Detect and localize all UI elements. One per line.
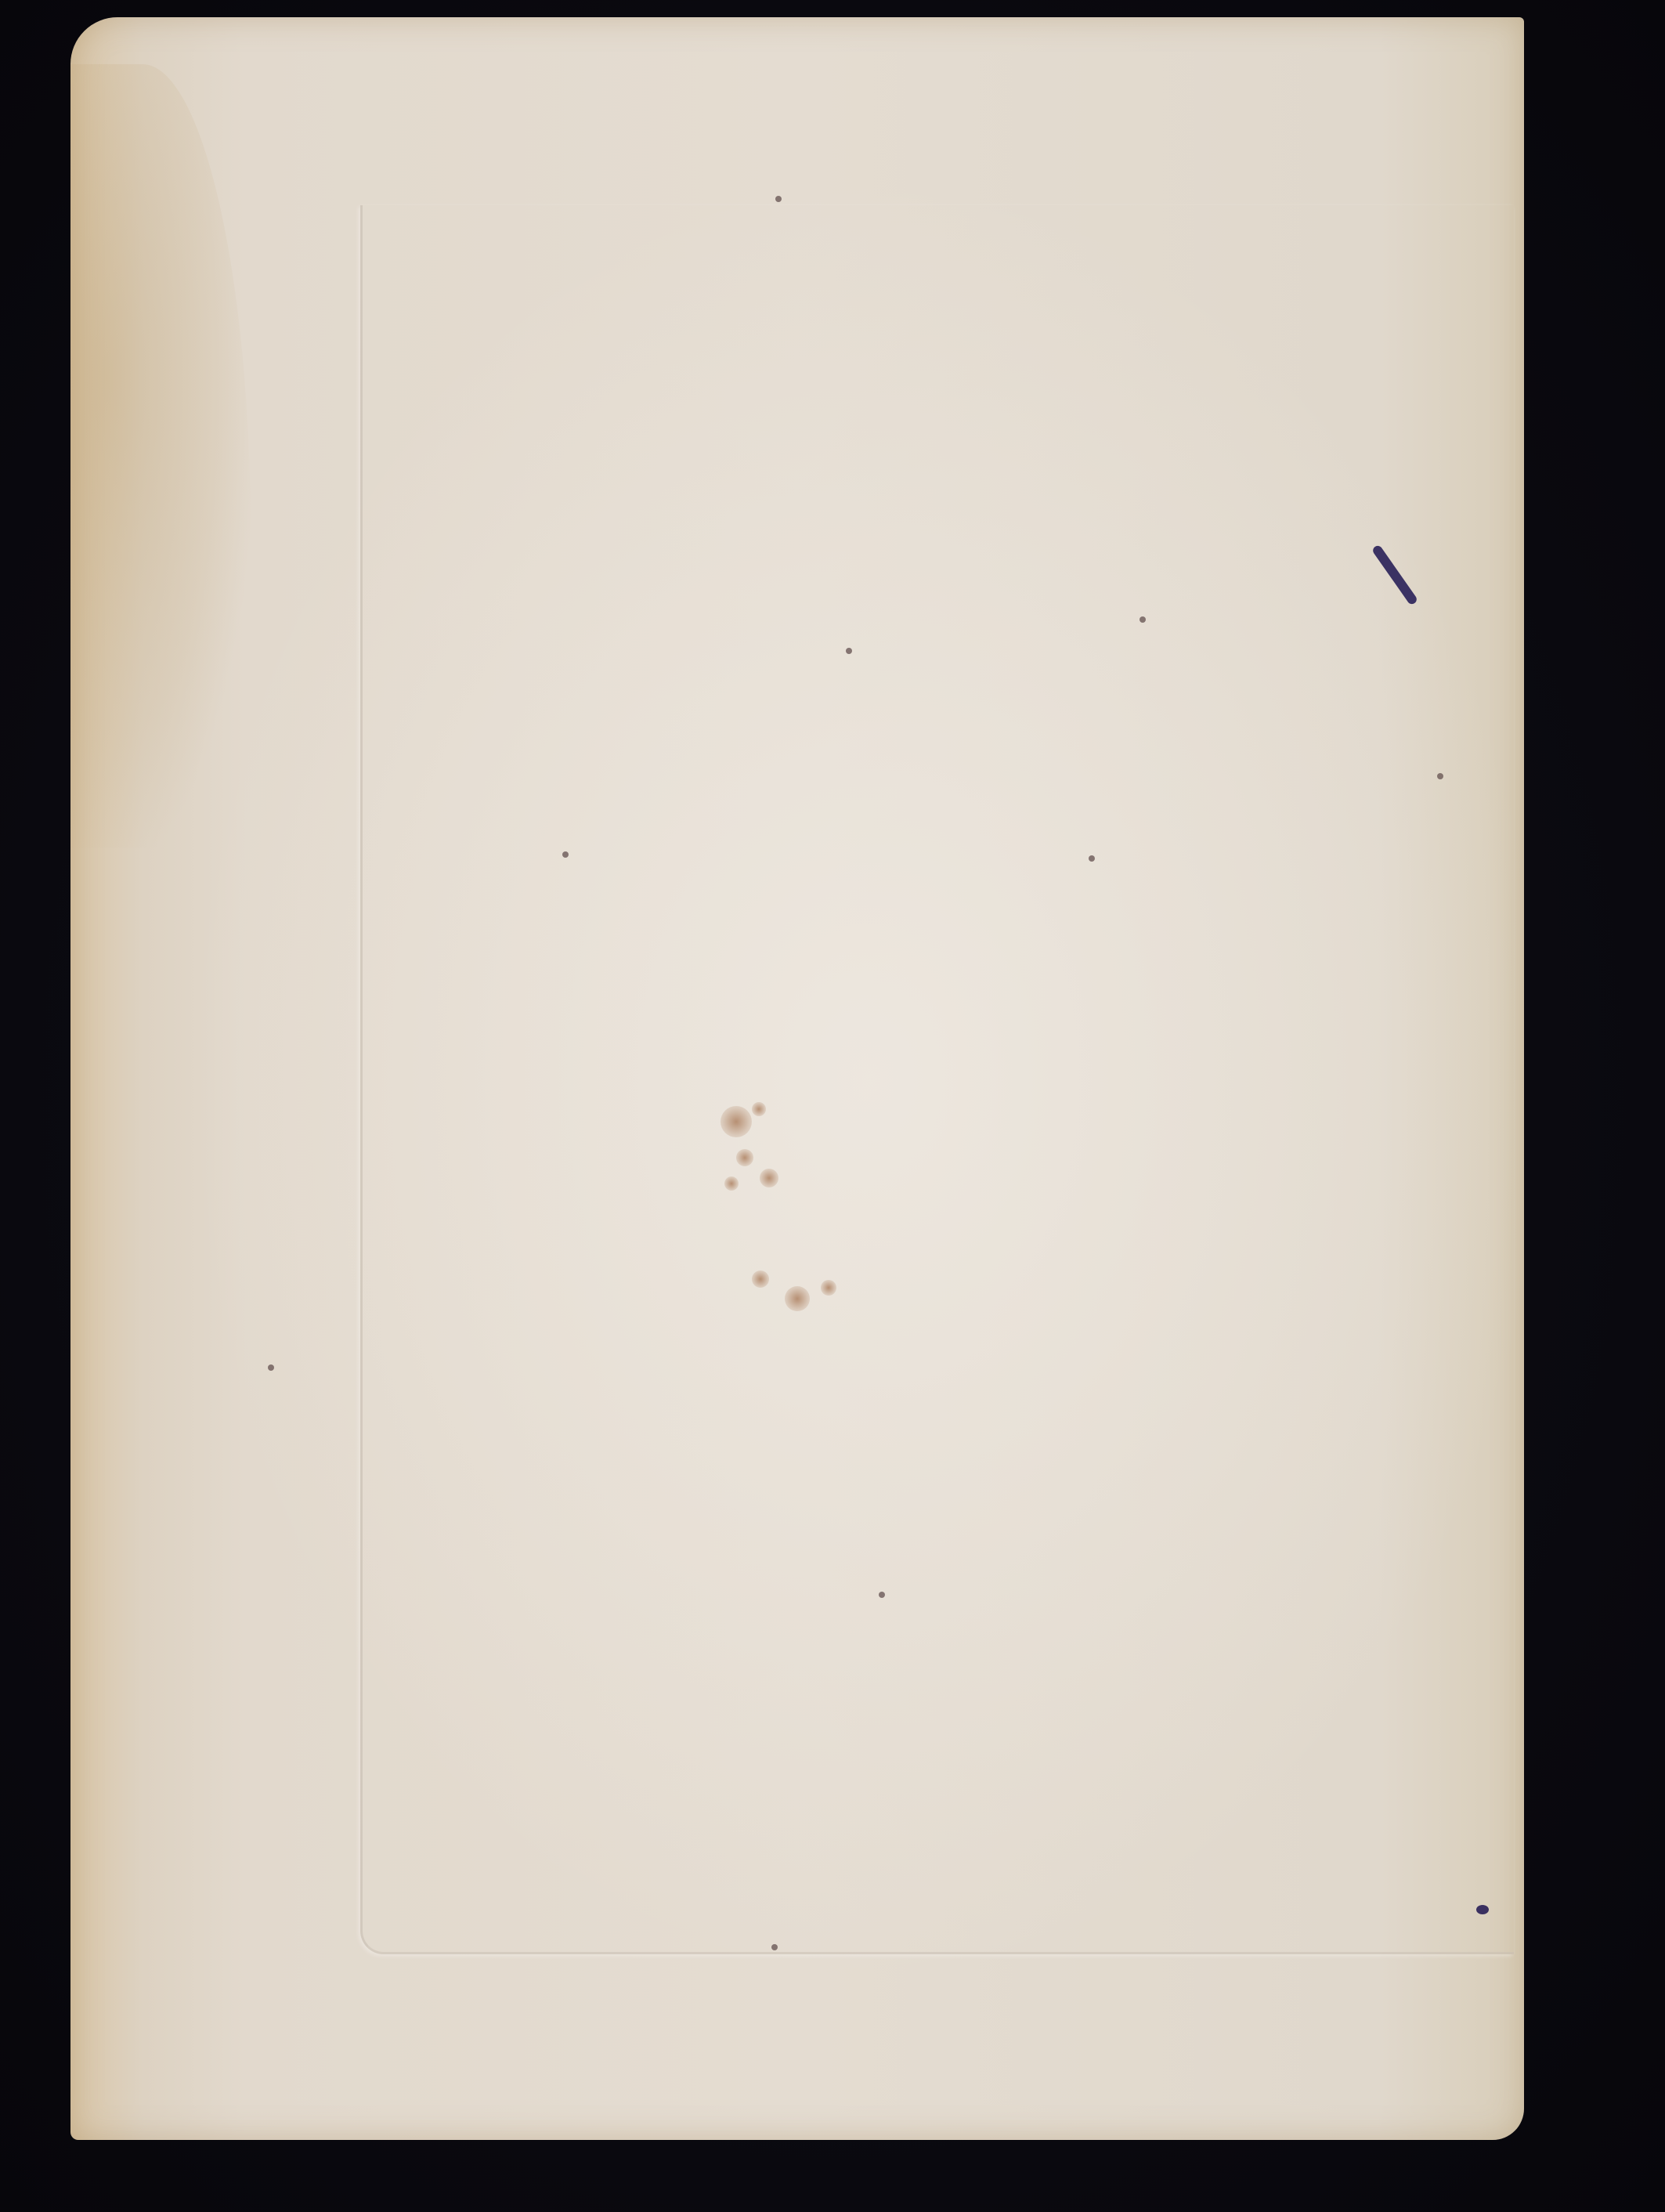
foxing-spot bbox=[821, 1280, 836, 1296]
plate-mark bbox=[360, 205, 1514, 1954]
speck bbox=[562, 851, 569, 858]
speck bbox=[775, 196, 782, 202]
foxing-spot bbox=[721, 1106, 752, 1137]
paper-sheet bbox=[70, 17, 1524, 2140]
foxing-spot bbox=[785, 1286, 810, 1311]
speck bbox=[268, 1364, 274, 1371]
ink-dot bbox=[1476, 1905, 1489, 1914]
foxing-spot bbox=[752, 1270, 769, 1288]
photo-scene bbox=[0, 0, 1665, 2212]
water-stain bbox=[70, 64, 251, 848]
speck bbox=[771, 1944, 778, 1950]
foxing-spot bbox=[736, 1149, 753, 1166]
speck bbox=[1089, 855, 1095, 862]
speck bbox=[1139, 616, 1146, 623]
speck bbox=[879, 1592, 885, 1598]
foxing-spot bbox=[752, 1102, 766, 1116]
speck bbox=[1437, 773, 1443, 779]
speck bbox=[846, 648, 852, 654]
foxing-spot bbox=[760, 1169, 778, 1187]
foxing-spot bbox=[724, 1176, 739, 1191]
